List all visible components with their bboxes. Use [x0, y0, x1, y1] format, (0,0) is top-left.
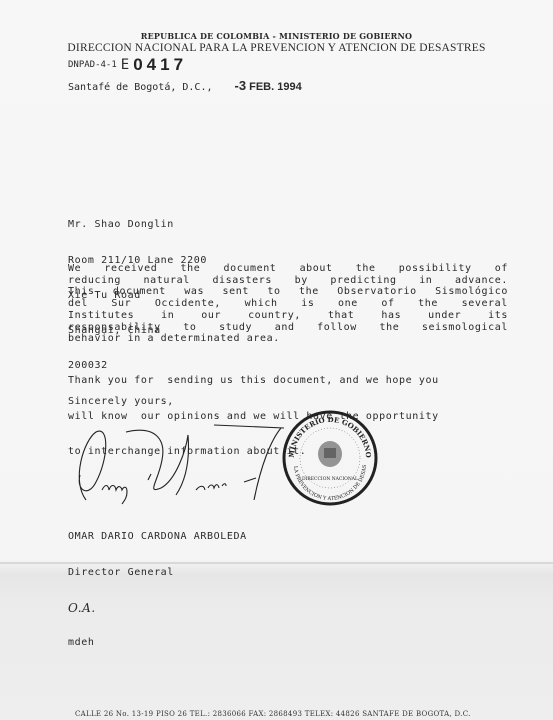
date-stamp: -3 FEB. 1994	[235, 78, 302, 93]
word: several	[462, 298, 508, 310]
word: sent	[223, 286, 249, 298]
handwritten-initials: O.A.	[68, 602, 247, 614]
word: which	[245, 298, 278, 310]
word: to	[183, 322, 196, 334]
word: under	[428, 310, 461, 322]
paragraph-line: delSurOccidente,whichisoneoftheseveral	[68, 298, 508, 310]
word: the	[418, 298, 438, 310]
word: This	[68, 286, 94, 298]
word: reducing	[68, 275, 121, 287]
word: del	[68, 298, 88, 310]
paragraph-line: Thank you for sending us this document, …	[68, 375, 439, 387]
word: Observatorio	[337, 286, 416, 298]
fold-line	[0, 562, 553, 564]
word: We	[68, 263, 81, 275]
reference-line: DNPAD-4-1 E 0417	[68, 55, 187, 75]
recipient-line: Mr. Shao Donglin	[68, 219, 207, 231]
word: document	[223, 263, 276, 275]
paragraph-line: responsabilitytostudyandfollowtheseismol…	[68, 322, 508, 334]
place: Santafé de Bogotá, D.C.,	[68, 82, 213, 93]
word: the	[180, 263, 200, 275]
reference-code: DNPAD-4-1	[68, 60, 117, 70]
word: about	[300, 263, 333, 275]
typist-initials: mdeh	[68, 637, 247, 649]
word: of	[495, 263, 508, 275]
seal-inner-text: DIRECCION NACIONAL	[302, 476, 358, 482]
date-line: Santafé de Bogotá, D.C., -3 FEB. 1994	[68, 78, 302, 93]
footer-address: CALLE 26 No. 13-19 PISO 26 TEL.: 2836066…	[75, 710, 471, 718]
word: our	[201, 310, 221, 322]
word: country,	[248, 310, 301, 322]
word: the	[299, 286, 319, 298]
word: in	[161, 310, 174, 322]
paragraph-line: Institutesinourcountry,thathasunderits	[68, 310, 508, 322]
paragraph-line: Wereceivedthedocumentaboutthepossibility…	[68, 263, 508, 275]
word: document	[113, 286, 166, 298]
word: is	[301, 298, 314, 310]
word: possibility	[399, 263, 472, 275]
letter-page: REPUBLICA DE COLOMBIA - MINISTERIO DE GO…	[0, 0, 553, 720]
official-seal: MINISTERIO DE GOBIERNO PARA LA PREVENCIO…	[280, 408, 380, 508]
word: Sur	[111, 298, 131, 310]
word: that	[328, 310, 354, 322]
word: the	[379, 322, 399, 334]
word: one	[338, 298, 358, 310]
word: Institutes	[68, 310, 134, 322]
word: the	[356, 263, 376, 275]
letterhead-ministry: REPUBLICA DE COLOMBIA - MINISTERIO DE GO…	[0, 31, 553, 41]
signer-title: Director General	[68, 567, 247, 579]
word: seismological	[422, 322, 508, 334]
date-month-year: FEB. 1994	[249, 81, 302, 93]
letterhead-agency: DIRECCION NACIONAL PARA LA PREVENCION Y …	[0, 42, 553, 54]
word: and	[275, 322, 295, 334]
word: its	[488, 310, 508, 322]
word: disasters	[212, 275, 272, 287]
word: has	[381, 310, 401, 322]
reference-stamp-mark: E	[121, 57, 129, 73]
word: Occidente,	[155, 298, 221, 310]
word: received	[104, 263, 157, 275]
signer-name: OMAR DARIO CARDONA ARBOLEDA	[68, 531, 247, 543]
word: predicting	[330, 275, 396, 287]
word: to	[267, 286, 280, 298]
paragraph-line: behavior in a determinated area.	[68, 333, 508, 345]
signature-block: OMAR DARIO CARDONA ARBOLEDA Director Gen…	[68, 508, 247, 672]
word: behavior in a determinated area.	[68, 333, 280, 345]
paragraph-line: reducingnaturaldisastersbypredictinginad…	[68, 275, 508, 287]
word: by	[295, 275, 308, 287]
body-paragraph-1: Wereceivedthedocumentaboutthepossibility…	[68, 263, 508, 345]
word: responsability	[68, 322, 161, 334]
word: was	[184, 286, 204, 298]
word: study	[219, 322, 252, 334]
closing: Sincerely yours,	[68, 396, 174, 408]
word: in	[419, 275, 432, 287]
word: natural	[144, 275, 190, 287]
date-day: -3	[235, 78, 247, 93]
paragraph-line: ThisdocumentwassenttotheObservatorioSism…	[68, 286, 508, 298]
reference-number: 0417	[133, 55, 187, 75]
word: of	[381, 298, 394, 310]
word: advance.	[455, 275, 508, 287]
word: Sismológico	[435, 286, 508, 298]
signature-handwritten	[66, 420, 286, 510]
word: follow	[317, 322, 357, 334]
